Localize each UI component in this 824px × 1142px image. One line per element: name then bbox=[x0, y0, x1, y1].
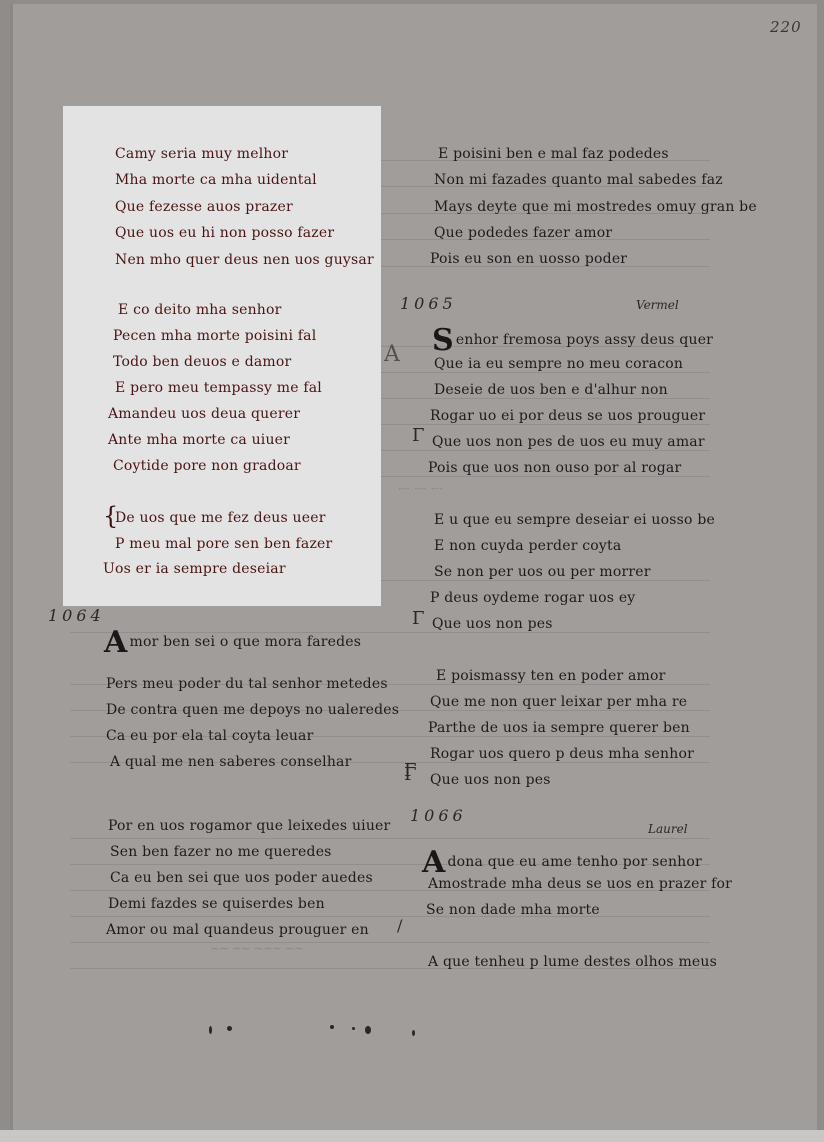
verse-line: Amor ben sei o que mora faredes bbox=[104, 628, 361, 658]
verse-line: A que tenheu p lume destes olhos meus bbox=[428, 954, 717, 970]
verse-line: P deus oydeme rogar uos ey bbox=[430, 590, 635, 606]
verse-line: E non cuyda perder coyta bbox=[434, 538, 621, 554]
verse-line: Rogar uos quero p deus mha senhor bbox=[430, 746, 694, 762]
verse-line: Ante mha morte ca uiuer bbox=[108, 432, 290, 448]
ruling-line bbox=[70, 838, 710, 839]
verse-line: Mays deyte que mi mostredes omuy gran be bbox=[434, 199, 757, 215]
verse-line: Deseie de uos ben e d'alhur non bbox=[434, 382, 668, 398]
page-bottom-edge bbox=[0, 1130, 824, 1142]
verse-line: Se non per uos ou per morrer bbox=[434, 564, 651, 580]
verse-line: Ca eu por ela tal coyta leuar bbox=[106, 728, 313, 744]
verse-line: Todo ben deuos e damor bbox=[113, 354, 291, 370]
verse-line: Adona que eu ame tenho por senhor bbox=[422, 848, 702, 878]
verse-line: Uos er ia sempre deseiar bbox=[103, 561, 286, 577]
verse-line: Que uos non pes bbox=[432, 616, 553, 632]
verse-line: De uos que me fez deus ueer bbox=[115, 510, 326, 526]
refrain-mark: Γ bbox=[412, 425, 425, 446]
decorated-initial: A bbox=[422, 845, 445, 880]
verse-line: Amostrade mha deus se uos en prazer for bbox=[428, 876, 732, 892]
verse-line: Que uos eu hi non posso fazer bbox=[115, 225, 334, 241]
verse-line: Amor ou mal quandeus prouguer en bbox=[106, 922, 369, 938]
rubric-annotation: Vermel bbox=[636, 298, 679, 312]
folio-number: 220 bbox=[770, 18, 802, 36]
verse-line: Non mi fazades quanto mal sabedes faz bbox=[434, 172, 723, 188]
margin-stroke: / bbox=[397, 916, 402, 935]
refrain-mark: Γ bbox=[404, 760, 417, 781]
verse-line: Ca eu ben sei que uos poder auedes bbox=[110, 870, 373, 886]
verse-line: Que ia eu sempre no meu coracon bbox=[434, 356, 683, 372]
bleed-through-text: ∼∼ ∼∼ ∼∼∼ ∼∼ bbox=[210, 942, 303, 955]
verse-line: Pois eu son en uosso poder bbox=[430, 251, 627, 267]
poem-number: 1066 bbox=[410, 806, 467, 825]
verse-line: E poismassy ten en poder amor bbox=[436, 668, 666, 684]
decorated-initial: S bbox=[432, 323, 454, 358]
verse-line: Demi fazdes se quiserdes ben bbox=[108, 896, 325, 912]
poem-number: 1064 bbox=[48, 606, 105, 625]
verse-line: Que uos non pes bbox=[430, 772, 551, 788]
verse-line: P meu mal pore sen ben fazer bbox=[115, 536, 332, 552]
ruling-line bbox=[70, 916, 710, 917]
verse-line: Por en uos rogamor que leixedes uiuer bbox=[108, 818, 390, 834]
ink-spot bbox=[365, 1026, 371, 1034]
verse-line: Rogar uo ei por deus se uos prouguer bbox=[430, 408, 705, 424]
verse-line: Parthe de uos ia sempre querer ben bbox=[428, 720, 690, 736]
bleed-through-initial: A bbox=[384, 342, 400, 367]
verse-line: E poisini ben e mal faz podedes bbox=[438, 146, 669, 162]
ink-spot bbox=[227, 1026, 232, 1031]
verse-line: Nen mho quer deus nen uos guysar bbox=[115, 252, 374, 268]
verse-line: Camy seria muy melhor bbox=[115, 146, 288, 162]
ink-spot bbox=[330, 1025, 334, 1029]
verse-line: Sen ben fazer no me queredes bbox=[110, 844, 332, 860]
refrain-mark: Γ bbox=[412, 608, 425, 629]
verse-line: Mha morte ca mha uidental bbox=[115, 172, 317, 188]
verse-line: Amandeu uos deua querer bbox=[108, 406, 300, 422]
bleed-through-text: ᠁ ᠁ ᠁ bbox=[395, 478, 440, 497]
ink-spot bbox=[209, 1026, 212, 1034]
decorated-initial: A bbox=[104, 625, 127, 660]
verse-line: Que uos non pes de uos eu muy amar bbox=[432, 434, 705, 450]
verse-line: Pers meu poder du tal senhor metedes bbox=[106, 676, 388, 692]
ink-spot bbox=[412, 1030, 415, 1036]
verse-line: Que fezesse auos prazer bbox=[115, 199, 293, 215]
verse-line: Pois que uos non ouso por al rogar bbox=[428, 460, 681, 476]
verse-line: De contra quen me depoys no ualeredes bbox=[106, 702, 399, 718]
verse-line: E pero meu tempassy me fal bbox=[115, 380, 322, 396]
highlighted-region: Camy seria muy melhor Mha morte ca mha u… bbox=[63, 106, 381, 606]
verse-line: Se non dade mha morte bbox=[426, 902, 600, 918]
ruling-line bbox=[70, 942, 710, 943]
verse-line: Que me non quer leixar per mha re bbox=[430, 694, 687, 710]
verse-line: E u que eu sempre deseiar ei uosso be bbox=[434, 512, 715, 528]
rubric-annotation: Laurel bbox=[648, 822, 688, 836]
ink-spot bbox=[352, 1027, 355, 1030]
verse-line: Coytide pore non gradoar bbox=[113, 458, 301, 474]
verse-line: A qual me nen saberes conselhar bbox=[110, 754, 351, 770]
verse-line: Que podedes fazer amor bbox=[434, 225, 612, 241]
verse-line: Pecen mha morte poisini fal bbox=[113, 328, 316, 344]
verse-line: E co deito mha senhor bbox=[118, 302, 282, 318]
verse-line: Senhor fremosa poys assy deus quer bbox=[432, 326, 713, 356]
poem-number: 1065 bbox=[400, 294, 457, 313]
